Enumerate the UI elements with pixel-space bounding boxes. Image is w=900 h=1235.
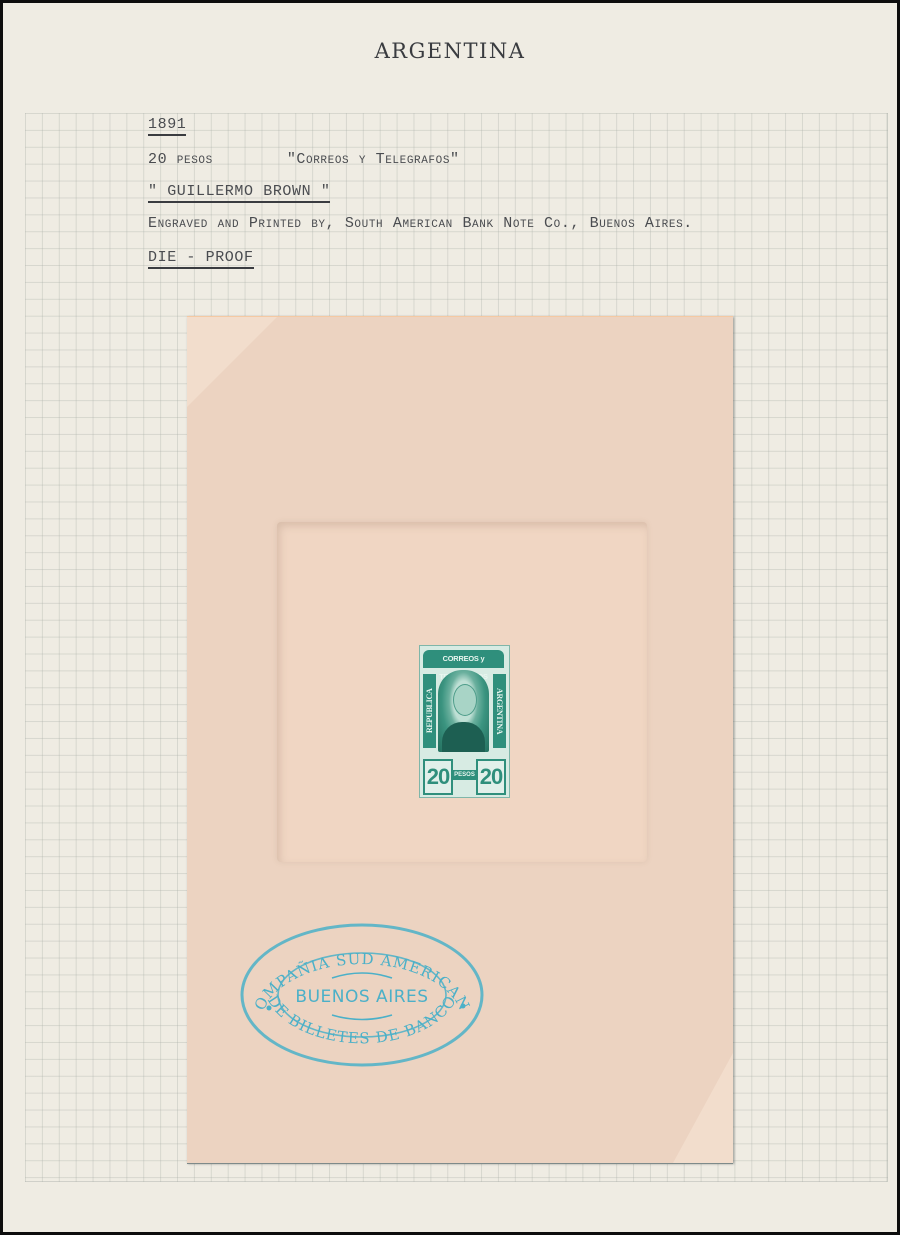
printer-line: Engraved and Printed by, South American … bbox=[148, 215, 693, 232]
card-corner-mount-top-left bbox=[187, 317, 277, 407]
stamp-header: CORREOS y TELEGRAFOS bbox=[423, 650, 504, 668]
denomination-line: 20 pesos"Correos y Telegrafos" bbox=[148, 151, 460, 168]
stamp-value-left: 20 bbox=[423, 759, 453, 795]
portrait-icon bbox=[438, 670, 489, 752]
issue-name-label: "Correos y Telegrafos" bbox=[287, 151, 460, 168]
subject-label: " GUILLERMO BROWN " bbox=[148, 183, 330, 203]
stamp-right-side-text: ARGENTINA bbox=[493, 674, 506, 748]
denomination-label: 20 pesos bbox=[148, 151, 213, 168]
stamp-currency: PESOS bbox=[453, 770, 476, 780]
die-proof-card: CORREOS y TELEGRAFOS REPUBLICA ARGENTINA… bbox=[187, 316, 733, 1163]
page-title: ARGENTINA bbox=[3, 39, 897, 63]
stamp-value-right: 20 bbox=[476, 759, 506, 795]
handstamp-center-text: BUENOS AIRES bbox=[295, 987, 428, 1007]
printer-label: Engraved and Printed by, South American … bbox=[148, 215, 693, 232]
oval-handstamp: COMPAÑIA SUD AMERICANA DE BILLETES DE BA… bbox=[237, 920, 487, 1070]
item-type-line: DIE - PROOF bbox=[148, 249, 254, 266]
card-corner-mount-bottom-right bbox=[673, 1053, 733, 1163]
year-label: 1891 bbox=[148, 116, 186, 136]
stamp-die-proof: CORREOS y TELEGRAFOS REPUBLICA ARGENTINA… bbox=[419, 645, 510, 798]
portrait-face bbox=[453, 684, 477, 716]
item-type-label: DIE - PROOF bbox=[148, 249, 254, 269]
stamp-left-side-text: REPUBLICA bbox=[423, 674, 436, 748]
portrait-coat bbox=[442, 722, 485, 752]
subject-line: " GUILLERMO BROWN " bbox=[148, 183, 330, 200]
year-line: 1891 bbox=[148, 116, 186, 133]
album-page: ARGENTINA 1891 20 pesos"Correos y Telegr… bbox=[3, 3, 897, 1232]
